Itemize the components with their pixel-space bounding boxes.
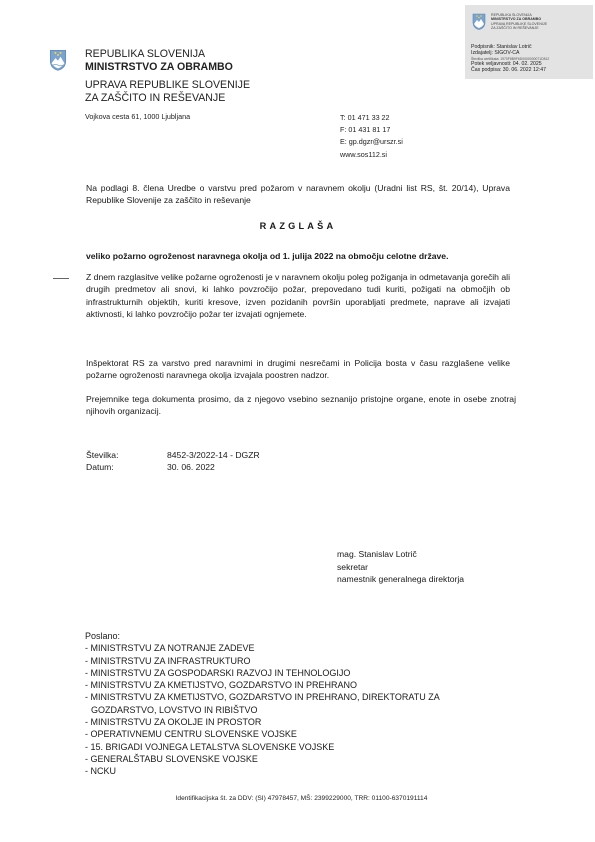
recipient-item: - MINISTRSTVU ZA OKOLJE IN PROSTOR [85,716,440,728]
recipient-item: - 15. BRIGADI VOJNEGA LETALSTVA SLOVENSK… [85,741,440,753]
footer-ids: Identifikacijska št. za DDV: (SI) 479784… [176,795,428,802]
letterhead-ministry: REPUBLIKA SLOVENIJA MINISTRSTVO ZA OBRAM… [85,48,233,74]
address: Vojkova cesta 61, 1000 Ljubljana [85,112,190,121]
recipient-item: - OPERATIVNEMU CENTRU SLOVENSKE VOJSKE [85,728,440,740]
meta-number-row: Številka: 8452-3/2022-14 - DGZR [86,449,260,461]
date-label: Datum: [86,461,167,473]
number-value: 8452-3/2022-14 - DGZR [167,449,260,461]
recipient-item: - MINISTRSTVU ZA NOTRANJE ZADEVE [85,642,440,654]
coat-of-arms-icon [472,13,486,30]
recipient-item-continuation: GOZDARSTVO, LOVSTVO IN RIBIŠTVO [85,704,440,716]
signature-stamp: REPUBLIKA SLOVENIJA MINISTRSTVO ZA OBRAM… [465,5,593,79]
signatory-role: namestnik generalnega direktorja [337,573,464,586]
intro-paragraph: Na podlagi 8. člena Uredbe o varstvu pre… [86,182,510,207]
signatory-block: mag. Stanislav Lotrič sekretar namestnik… [337,548,464,586]
declaration: veliko požarno ogroženost naravnega okol… [86,251,516,261]
signatory-name: mag. Stanislav Lotrič [337,548,464,561]
date-value: 30. 06. 2022 [167,461,215,473]
recipients-paragraph: Prejemnike tega dokumenta prosimo, da z … [86,393,516,418]
supervision-paragraph: Inšpektorat RS za varstvo pred naravnimi… [86,357,510,382]
website-link[interactable]: www.sos112.si [340,149,403,161]
recipient-item: - MINISTRSTVU ZA GOSPODARSKI RAZVOJ IN T… [85,667,440,679]
footer: Identifikacijska št. za DDV: (SI) 479784… [0,795,595,802]
document-meta: Številka: 8452-3/2022-14 - DGZR Datum: 3… [86,449,260,473]
stamp-org-line: MINISTRSTVO ZA OBRAMBO [491,17,547,21]
agency-line-1: UPRAVA REPUBLIKE SLOVENIJE [85,79,250,92]
phone: T: 01 471 33 22 [340,112,403,124]
recipient-item: - GENERALŠTABU SLOVENSKE VOJSKE [85,753,440,765]
prohibitions-paragraph: Z dnem razglasitve velike požarne ogrože… [86,271,510,321]
recipient-item: - MINISTRSTVU ZA KMETIJSTVO, GOZDARSTVO … [85,691,440,703]
stamp-info: Podpisnik: Stanislav Lotrič Izdajatelj: … [471,44,549,74]
coat-of-arms-icon [49,49,67,71]
stamp-org-line: ZA ZAŠČITO IN REŠEVANJE [491,26,547,30]
distribution-label: Poslano: [85,630,440,642]
contact-block: T: 01 471 33 22 F: 01 431 81 17 E: gp.dg… [340,112,403,161]
meta-date-row: Datum: 30. 06. 2022 [86,461,260,473]
email-link[interactable]: E: gp.dgzr@urszr.si [340,136,403,148]
document-title: RAZGLAŠA [86,221,510,231]
fax: F: 01 431 81 17 [340,124,403,136]
republic-name: REPUBLIKA SLOVENIJA [85,48,233,61]
distribution-list: Poslano: - MINISTRSTVU ZA NOTRANJE ZADEV… [85,630,440,778]
recipient-item: - NCKU [85,765,440,777]
ministry-name: MINISTRSTVO ZA OBRAMBO [85,61,233,74]
number-label: Številka: [86,449,167,461]
stamp-signing-time: Čas podpisa: 30. 06. 2022 12:47 [471,67,549,73]
recipient-item: - MINISTRSTVU ZA INFRASTRUKTURO [85,655,440,667]
agency-line-2: ZA ZAŠČITO IN REŠEVANJE [85,92,250,105]
stamp-org: REPUBLIKA SLOVENIJA MINISTRSTVO ZA OBRAM… [491,13,547,30]
fold-mark [53,278,69,279]
recipient-item: - MINISTRSTVU ZA KMETIJSTVO, GOZDARSTVO … [85,679,440,691]
signatory-role: sekretar [337,561,464,574]
letterhead-agency: UPRAVA REPUBLIKE SLOVENIJE ZA ZAŠČITO IN… [85,79,250,105]
